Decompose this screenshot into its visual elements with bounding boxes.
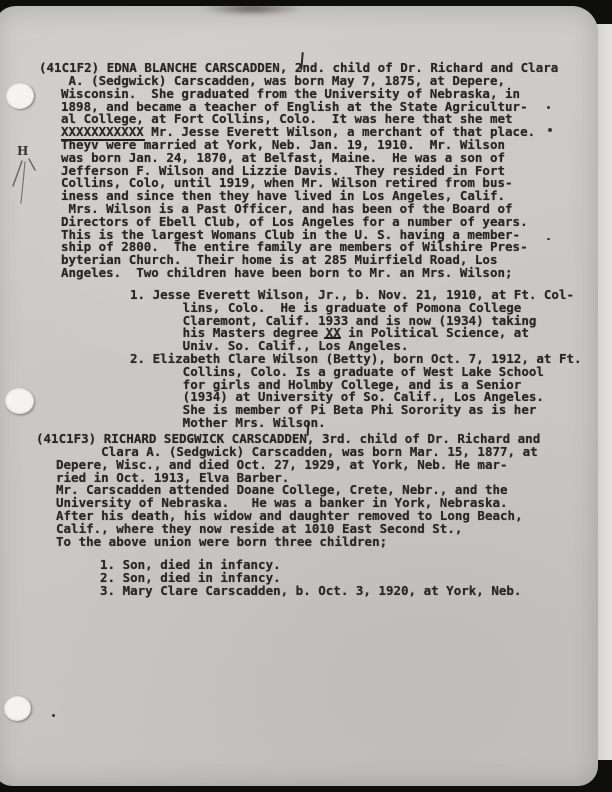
ink-speck — [548, 128, 552, 132]
punch-hole-middle — [4, 387, 36, 416]
scanned-document: H (41C1F2) EDNA BLANCHE CARSCADDEN, 2nd.… — [0, 0, 612, 792]
children-list-41c1f2: 1. Jesse Everett Wilson, Jr., b. Nov. 21… — [130, 289, 582, 430]
entry-body-41c1f2: A. (Sedgwick) Carscadden, was born May 7… — [61, 75, 535, 280]
ink-speck — [547, 106, 550, 109]
ink-speck — [547, 238, 550, 240]
ink-speck — [52, 714, 55, 717]
entry-body-41c1f3: Clara A. (Sedgwick) Carscadden, was born… — [56, 446, 538, 548]
punch-hole-top — [4, 81, 35, 111]
pencil-marks — [8, 148, 50, 210]
punch-hole-bottom — [3, 695, 32, 722]
scan-smudge — [200, 1, 304, 16]
document-page: H (41C1F2) EDNA BLANCHE CARSCADDEN, 2nd.… — [0, 6, 598, 786]
children-list-41c1f3: 1. Son, died in infancy. 2. Son, died in… — [100, 559, 521, 597]
